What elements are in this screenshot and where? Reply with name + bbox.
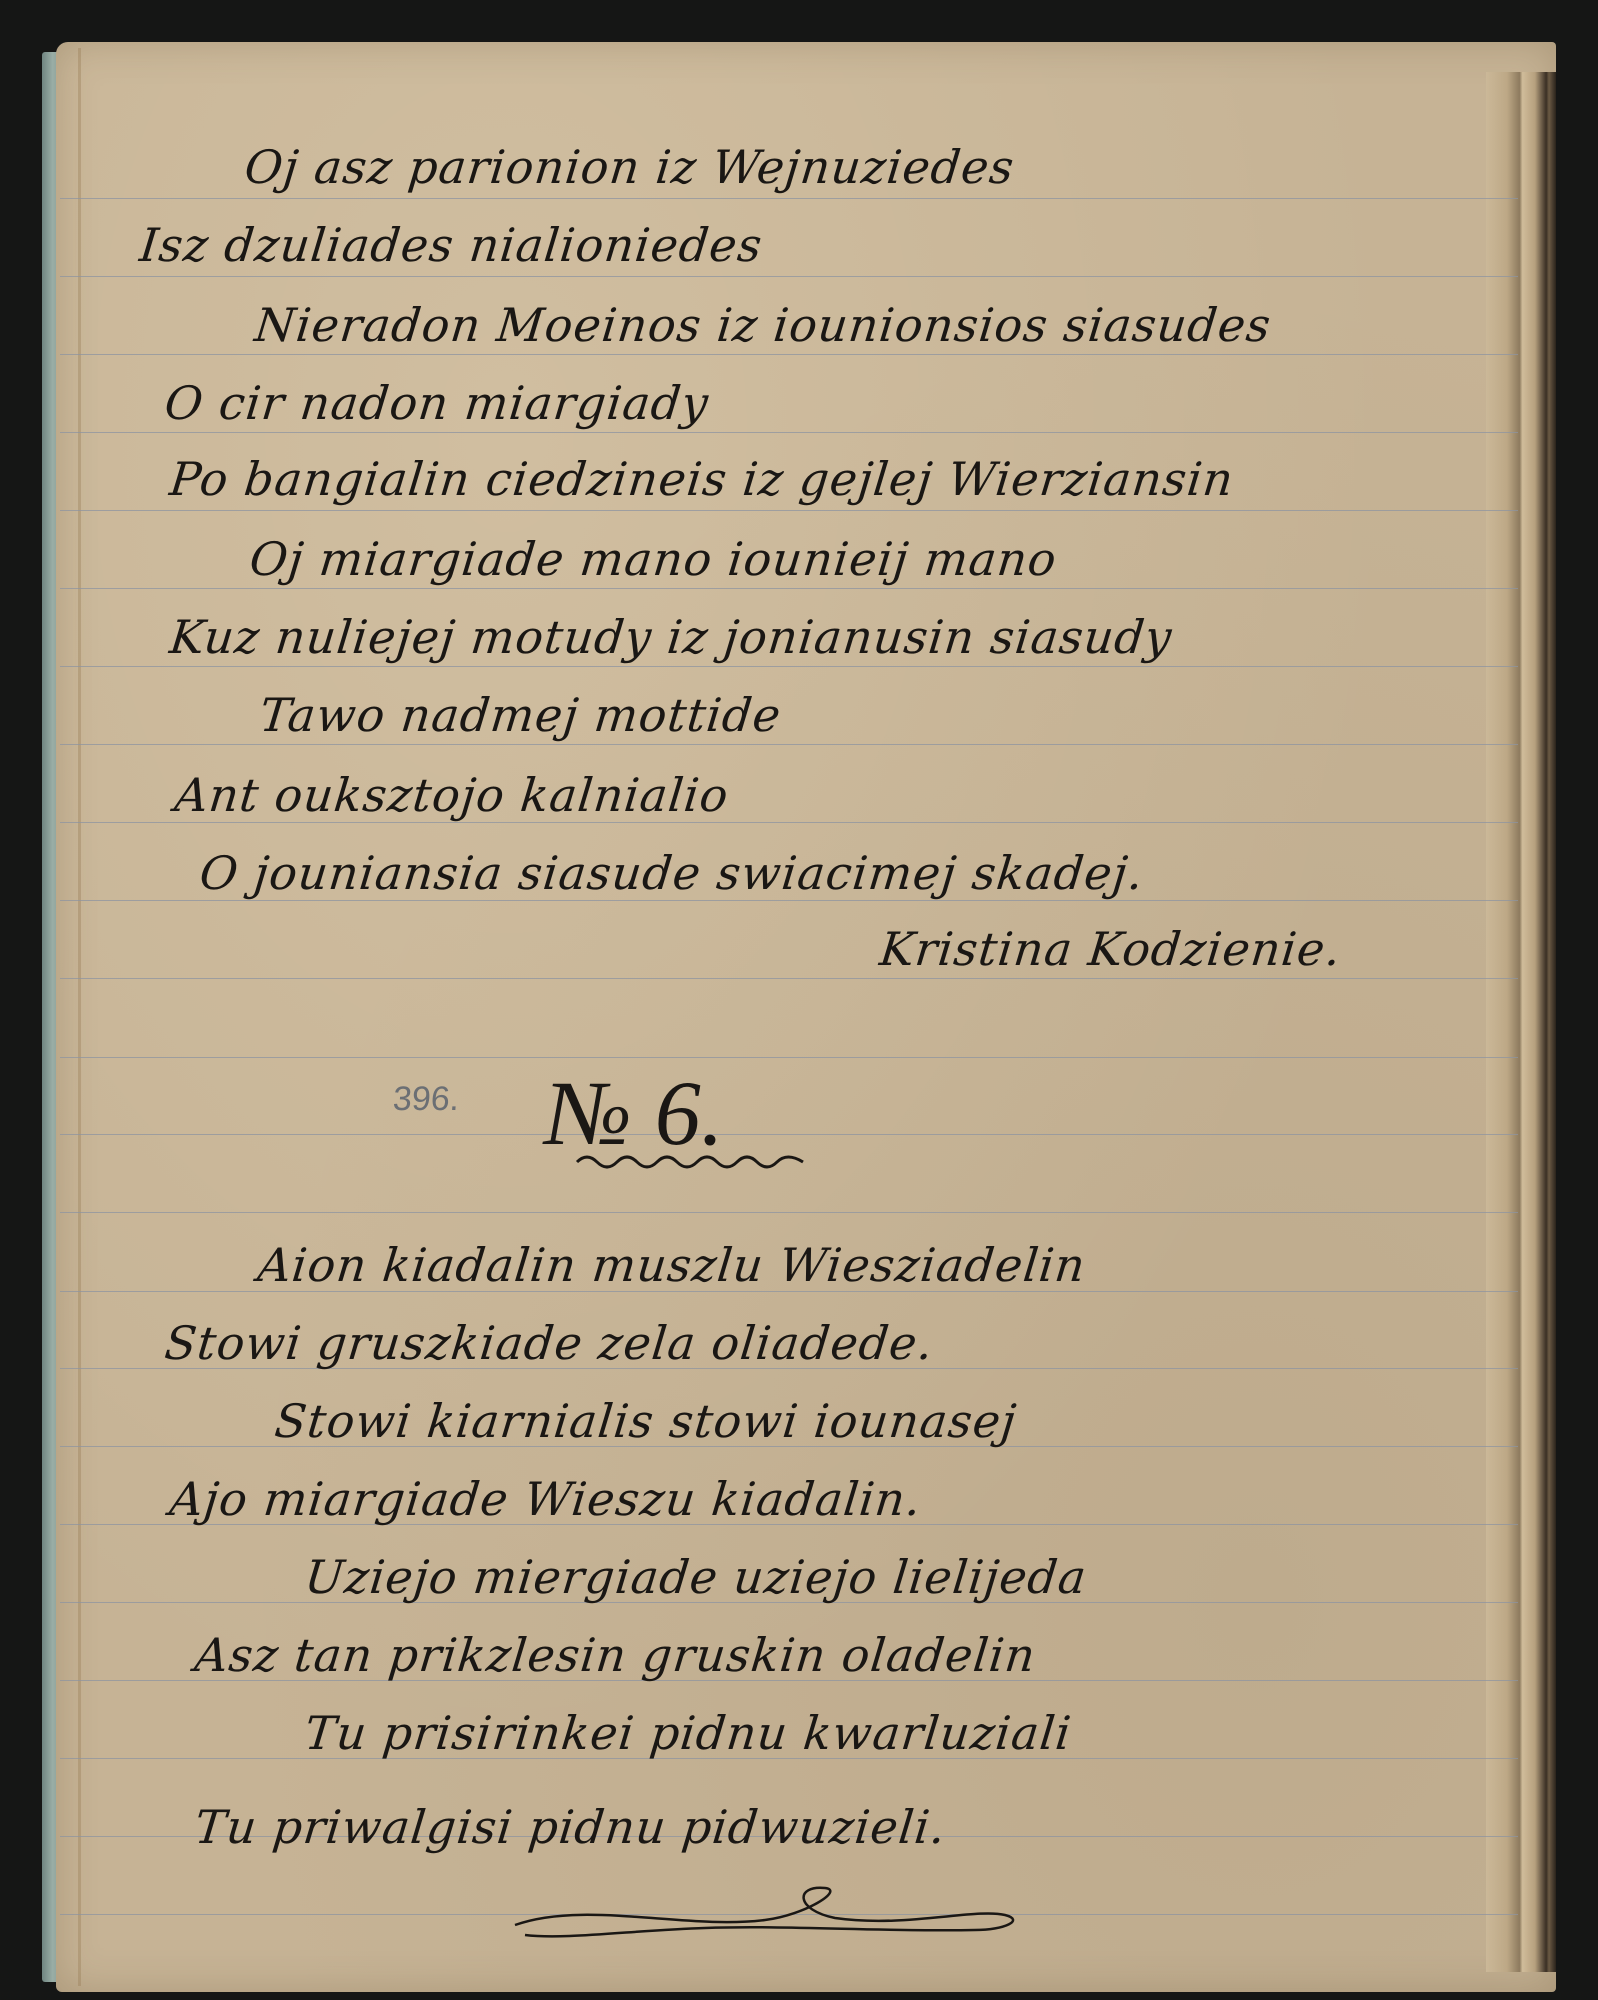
verse-line: Stowi kiarnialis stowi iounasej xyxy=(272,1394,1019,1448)
verse-line: O jouniansia siasude swiacimej skadej. xyxy=(197,846,1146,900)
rule-line xyxy=(60,354,1518,355)
rule-line xyxy=(60,588,1518,589)
verse-line: Kuz nuliejej motudy iz jonianusin siasud… xyxy=(167,610,1175,664)
verse-line: Asz tan prikzlesin gruskin oladelin xyxy=(192,1628,1038,1682)
rule-line xyxy=(60,666,1518,667)
rule-line xyxy=(60,822,1518,823)
verse-line: Nieradon Moeinos iz iounionsios siasudes xyxy=(252,298,1274,352)
rule-line xyxy=(60,510,1518,511)
verse-line: Oj miargiade mano iounieij mano xyxy=(247,532,1059,586)
verse-line: Tu prisirinkei pidnu kwarluziali xyxy=(302,1706,1074,1760)
verse-line: Aion kiadalin muszlu Wiesziadelin xyxy=(255,1238,1088,1292)
rule-line xyxy=(60,198,1518,199)
signature: Kristina Kodzienie. xyxy=(877,922,1344,976)
rule-line xyxy=(60,1057,1518,1058)
verse-line: Po bangialin ciedzineis iz gejlej Wierzi… xyxy=(167,452,1236,506)
rule-line xyxy=(60,744,1518,745)
rule-line xyxy=(60,1134,1518,1135)
rule-line xyxy=(60,978,1518,979)
verse-line: Oj asz parionion iz Wejnuziedes xyxy=(242,140,1017,194)
pencil-page-number: 396. xyxy=(392,1080,461,1119)
rule-line xyxy=(60,1212,1518,1213)
end-flourish xyxy=(505,1880,1025,1950)
verse-line: Uziejo miergiade uziejo lielijeda xyxy=(302,1550,1089,1604)
rule-line xyxy=(60,432,1518,433)
verse-line: Tu priwalgisi pidnu pidwuzieli. xyxy=(192,1800,949,1854)
verse-line: O cir nadon miargiady xyxy=(162,376,711,430)
verse-line: Stowi gruszkiade zela oliadede. xyxy=(162,1316,936,1370)
manuscript-scan: Oj asz parionion iz Wejnuziedes Isz dzul… xyxy=(0,0,1598,2000)
decorative-wave-underline xyxy=(575,1150,805,1170)
verse-line: Tawo nadmej mottide xyxy=(257,688,784,742)
verse-line: Ant ouksztojo kalnialio xyxy=(172,768,731,822)
verse-line: Ajo miargiade Wieszu kiadalin. xyxy=(167,1472,924,1526)
rule-line xyxy=(60,276,1518,277)
verse-line: Isz dzuliades nialioniedes xyxy=(137,218,765,272)
rule-line xyxy=(60,900,1518,901)
